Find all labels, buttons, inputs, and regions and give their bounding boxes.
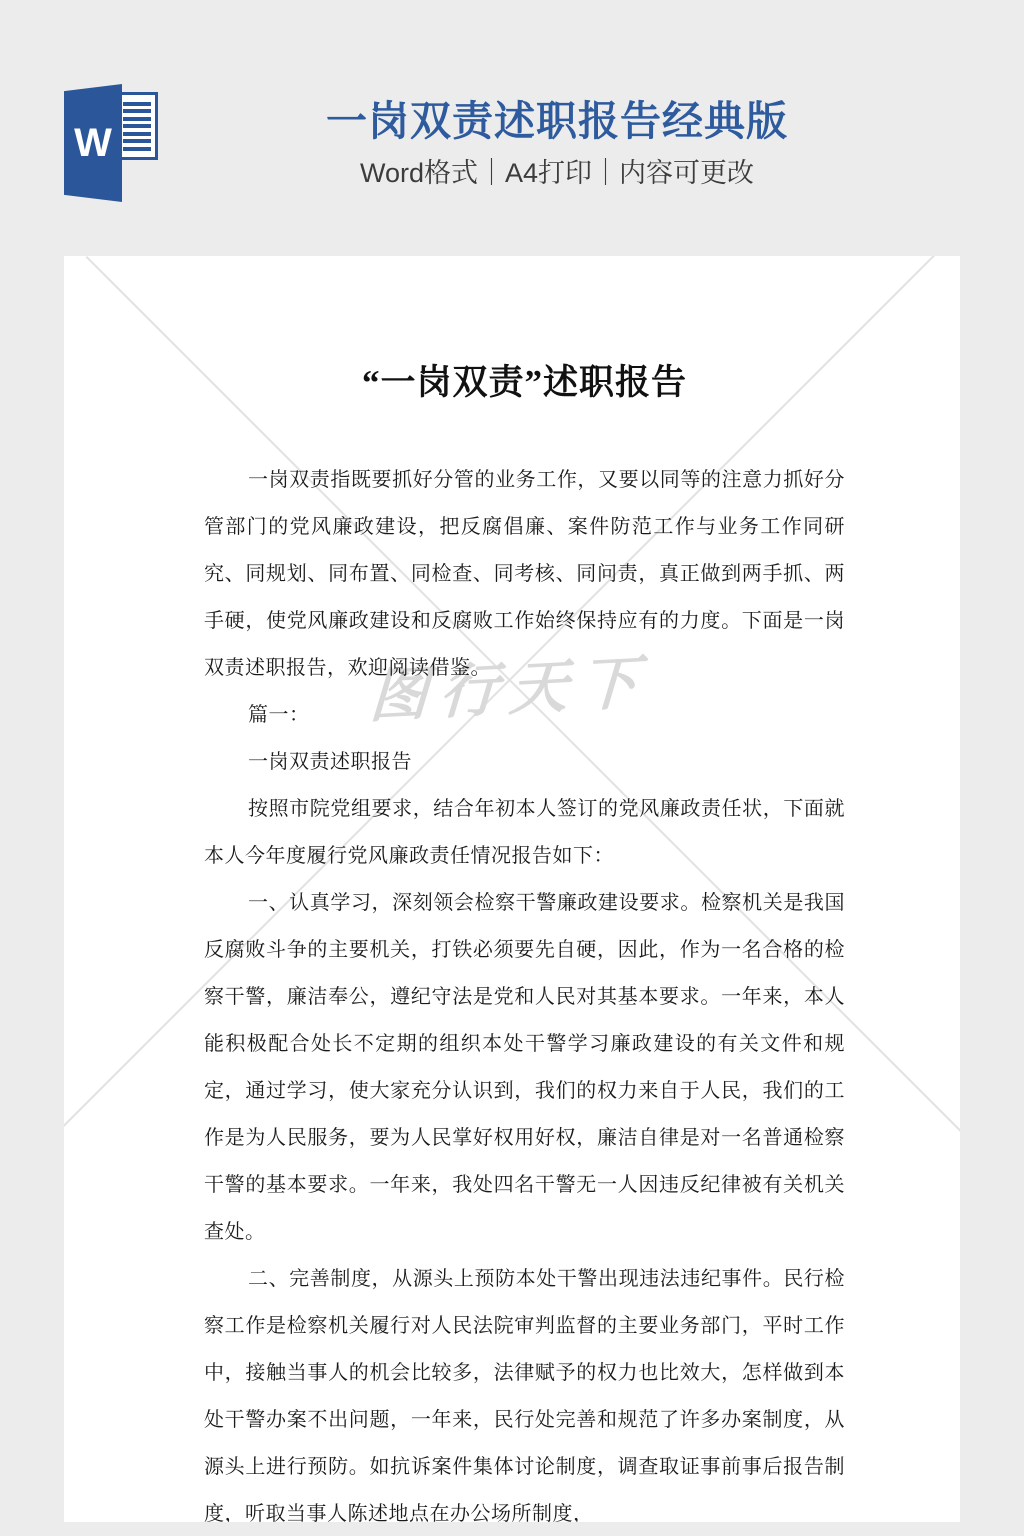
paragraph: 一岗双责述职报告 (204, 739, 845, 786)
paragraph: 一、认真学习，深刻领会检察干警廉政建设要求。检察机关是我国反腐败斗争的主要机关，… (204, 880, 845, 1256)
document-content: “一岗双责”述职报告 一岗双责指既要抓好分管的业务工作，又要以同等的注意力抓好分… (204, 256, 845, 1522)
preview-header: W 一岗双责述职报告经典版 Word格式｜A4打印｜内容可更改 (0, 0, 1024, 256)
template-subtitle: Word格式｜A4打印｜内容可更改 (90, 156, 1024, 190)
document-title: “一岗双责”述职报告 (204, 360, 845, 406)
document-page: 图行天下 “一岗双责”述职报告 一岗双责指既要抓好分管的业务工作，又要以同等的注… (64, 256, 960, 1522)
paragraph: 按照市院党组要求，结合年初本人签订的党风廉政责任状，下面就本人今年度履行党风廉政… (204, 786, 845, 880)
paragraph: 篇一： (204, 692, 845, 739)
template-preview-screen: { "colors": { "background": "#ececec", "… (0, 0, 1024, 1536)
header-text-block: 一岗双责述职报告经典版 Word格式｜A4打印｜内容可更改 (90, 96, 1024, 190)
template-title: 一岗双责述职报告经典版 (90, 96, 1024, 146)
document-body: 一岗双责指既要抓好分管的业务工作，又要以同等的注意力抓好分管部门的党风廉政建设，… (204, 457, 845, 1522)
paragraph: 二、完善制度，从源头上预防本处干警出现违法违纪事件。民行检察工作是检察机关履行对… (204, 1256, 845, 1522)
paragraph: 一岗双责指既要抓好分管的业务工作，又要以同等的注意力抓好分管部门的党风廉政建设，… (204, 457, 845, 692)
